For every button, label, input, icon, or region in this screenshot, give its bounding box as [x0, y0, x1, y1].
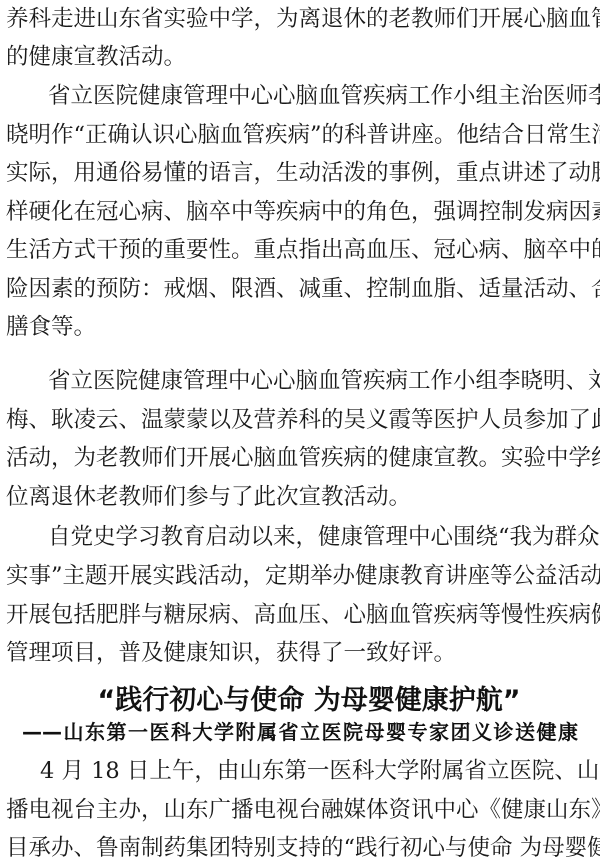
paragraph-line: 省立医院健康管理中心心脑血管疾病工作小组主治医师李	[48, 77, 584, 115]
paragraph-line: 省立医院健康管理中心心脑血管疾病工作小组李晓明、刘玉	[48, 362, 584, 400]
paragraph-line: 目承办、鲁南制药集团特别支持的“践行初心与使命 为母婴健	[6, 829, 584, 867]
paragraph-line: 实际，用通俗易懂的语言，生动活泼的事例，重点讲述了动脉粥	[6, 154, 584, 192]
paragraph-line: 养科走进山东省实验中学，为离退休的老教师们开展心脑血管病	[6, 0, 584, 38]
paragraph-line: 的健康宣教活动。	[6, 38, 584, 76]
paragraph-line: 梅、耿凌云、温蒙蒙以及营养科的吴义霞等医护人员参加了此次	[6, 401, 584, 439]
paragraph-line: 播电视台主办，山东广播电视台融媒体资讯中心《健康山东》栏	[6, 791, 584, 829]
paragraph-line: 生活方式干预的重要性。重点指出高血压、冠心病、脑卒中的风	[6, 231, 584, 269]
article-subtitle: ——山东第一医科大学附属省立医院母婴专家团义诊送健康	[22, 716, 578, 748]
document-page: 养科走进山东省实验中学，为离退休的老教师们开展心脑血管病 的健康宣教活动。 省立…	[0, 0, 600, 867]
paragraph-line: 管理项目，普及健康知识，获得了一致好评。	[6, 634, 584, 672]
paragraph-line: 晓明作“正确认识心脑血管疾病”的科普讲座。他结合日常生活	[6, 116, 584, 154]
paragraph-line: 活动，为老教师们开展心脑血管疾病的健康宣教。实验中学约 40	[6, 439, 584, 477]
paragraph-line: 膳食等。	[6, 308, 584, 346]
paragraph-line: 位离退休老教师们参与了此次宣教活动。	[6, 478, 584, 516]
paragraph-line: 实事”主题开展实践活动，定期举办健康教育讲座等公益活动，	[6, 557, 584, 595]
paragraph-line: 开展包括肥胖与糖尿病、高血压、心脑血管疾病等慢性疾病健康	[6, 596, 584, 634]
paragraph-line: 自党史学习教育启动以来，健康管理中心围绕“我为群众办	[48, 518, 584, 556]
paragraph-line: 样硬化在冠心病、脑卒中等疾病中的角色，强调控制发病因素及	[6, 193, 584, 231]
article-title: “践行初心与使命 为母婴健康护航”	[0, 682, 600, 720]
paragraph-line: 险因素的预防：戒烟、限酒、减重、控制血脂、适量活动、合理	[6, 270, 584, 308]
paragraph-line: 4 月 18 日上午，由山东第一医科大学附属省立医院、山东广	[40, 752, 584, 790]
